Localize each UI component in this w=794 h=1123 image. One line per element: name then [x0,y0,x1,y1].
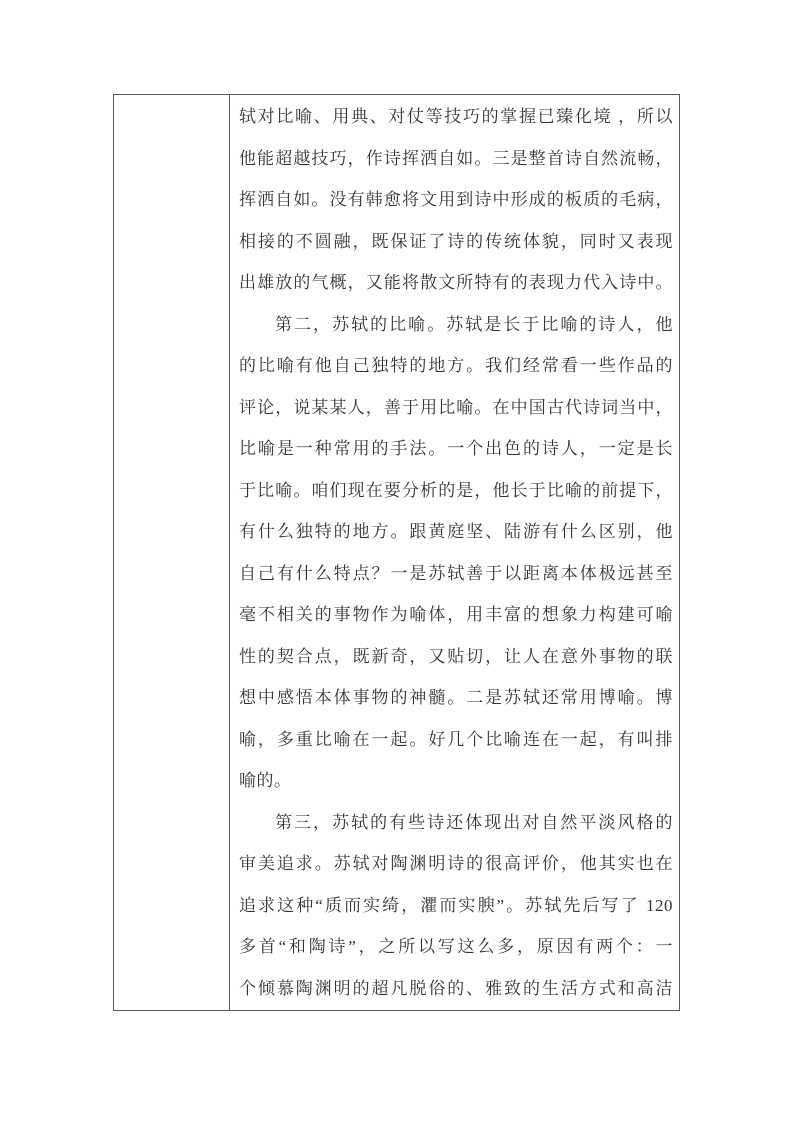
text-line: 比喻是一种常用的手法。一个出色的诗人，一定是长 [239,428,673,470]
text-line: 多首“和陶诗”，之所以写这么多，原因有两个：一 [239,926,673,968]
text-line: 喻，多重比喻在一起。好几个比喻连在一起，有叫排 [239,719,673,761]
text-line: 喻的。 [239,760,673,802]
text-line: 轼对比喻、用典、对仗等技巧的掌握已臻化境 ，所以 [239,96,673,138]
text-line: 相接的不圆融，既保证了诗的传统体貌，同时又表现 [239,221,673,263]
text-line: 挥洒自如。没有韩愈将文用到诗中形成的板质的毛病， [239,179,673,221]
text-line: 评论，说某某人，善于用比喻。在中国古代诗词当中， [239,387,673,429]
text-line: 第二，苏轼的比喻。苏轼是长于比喻的诗人，他 [239,304,673,346]
text-line: 有什么独特的地方。跟黄庭坚、陆游有什么区别，他 [239,511,673,553]
text-line: 他能超越技巧，作诗挥洒自如。三是整首诗自然流畅， [239,138,673,180]
text-line: 的比喻有他自己独特的地方。我们经常看一些作品的 [239,345,673,387]
text-line: 于比喻。咱们现在要分析的是，他长于比喻的前提下， [239,470,673,512]
table-cell-left [114,95,230,1010]
text-line: 想中感悟本体事物的神髓。二是苏轼还常用博喻。博 [239,677,673,719]
text-line: 毫不相关的事物作为喻体，用丰富的想象力构建可喻 [239,594,673,636]
text-line: 个倾慕陶渊明的超凡脱俗的、雅致的生活方式和高洁 [239,968,673,1010]
text-line: 自己有什么特点？一是苏轼善于以距离本体极远甚至 [239,553,673,595]
text-line: 审美追求。苏轼对陶渊明诗的很高评价，他其实也在 [239,843,673,885]
text-line: 追求这种“质而实绮，灈而实腴”。苏轼先后写了 120 [239,885,673,927]
document-table: 轼对比喻、用典、对仗等技巧的掌握已臻化境 ，所以他能超越技巧，作诗挥洒自如。三是… [113,94,680,1011]
document-page: 轼对比喻、用典、对仗等技巧的掌握已臻化境 ，所以他能超越技巧，作诗挥洒自如。三是… [0,0,794,1123]
text-line: 出雄放的气概，又能将散文所特有的表现力代入诗中。 [239,262,673,304]
text-line: 性的契合点，既新奇，又贴切，让人在意外事物的联 [239,636,673,678]
table-cell-right: 轼对比喻、用典、对仗等技巧的掌握已臻化境 ，所以他能超越技巧，作诗挥洒自如。三是… [230,95,679,1010]
text-line: 第三，苏轼的有些诗还体现出对自然平淡风格的 [239,802,673,844]
